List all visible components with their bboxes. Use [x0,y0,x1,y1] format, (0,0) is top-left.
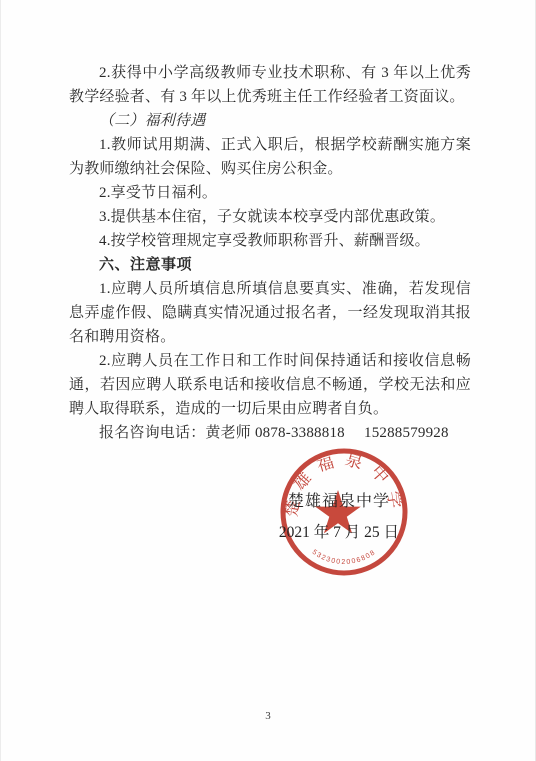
paragraph-insurance: 1.教师试用期满、正式入职后，根据学校薪酬实施方案为教师缴纳社会保险、购买住房公… [69,133,471,181]
paragraph-promotion: 4.按学校管理规定享受教师职称晋升、薪酬晋级。 [69,229,471,253]
paragraph-senior-title: 2.获得中小学高级教师专业技术职称、有 3 年以上优秀教学经验者、有 3 年以上… [69,61,471,109]
paragraph-info-accuracy: 1.应聘人员所填信息所填信息要真实、准确，若发现信息弄虚作假、隐瞒真实情况通过报… [69,277,471,349]
signature-school-name: 楚雄福泉中学 [239,488,439,511]
school-seal-stamp: 楚雄福泉中学 5323002006808 [274,442,414,582]
heading-welfare: （二）福利待遇 [69,109,471,133]
document-page: 2.获得中小学高级教师专业技术职称、有 3 年以上优秀教学经验者、有 3 年以上… [0,0,536,761]
paragraph-holiday-welfare: 2.享受节日福利。 [69,181,471,205]
paragraph-contact-availability: 2.应聘人员在工作日和工作时间保持通话和接收信息畅通，若因应聘人联系电话和接收信… [69,349,471,421]
paragraph-housing: 3.提供基本住宿，子女就读本校享受内部优惠政策。 [69,205,471,229]
seal-serial-number: 5323002006808 [311,549,378,566]
svg-text:5323002006808: 5323002006808 [311,549,378,566]
signature-date: 2021 年 7 月 25 日 [239,520,439,542]
page-number: 3 [1,710,535,722]
heading-notes: 六、注意事项 [69,253,471,277]
document-body: 2.获得中小学高级教师专业技术职称、有 3 年以上优秀教学经验者、有 3 年以上… [69,61,471,445]
